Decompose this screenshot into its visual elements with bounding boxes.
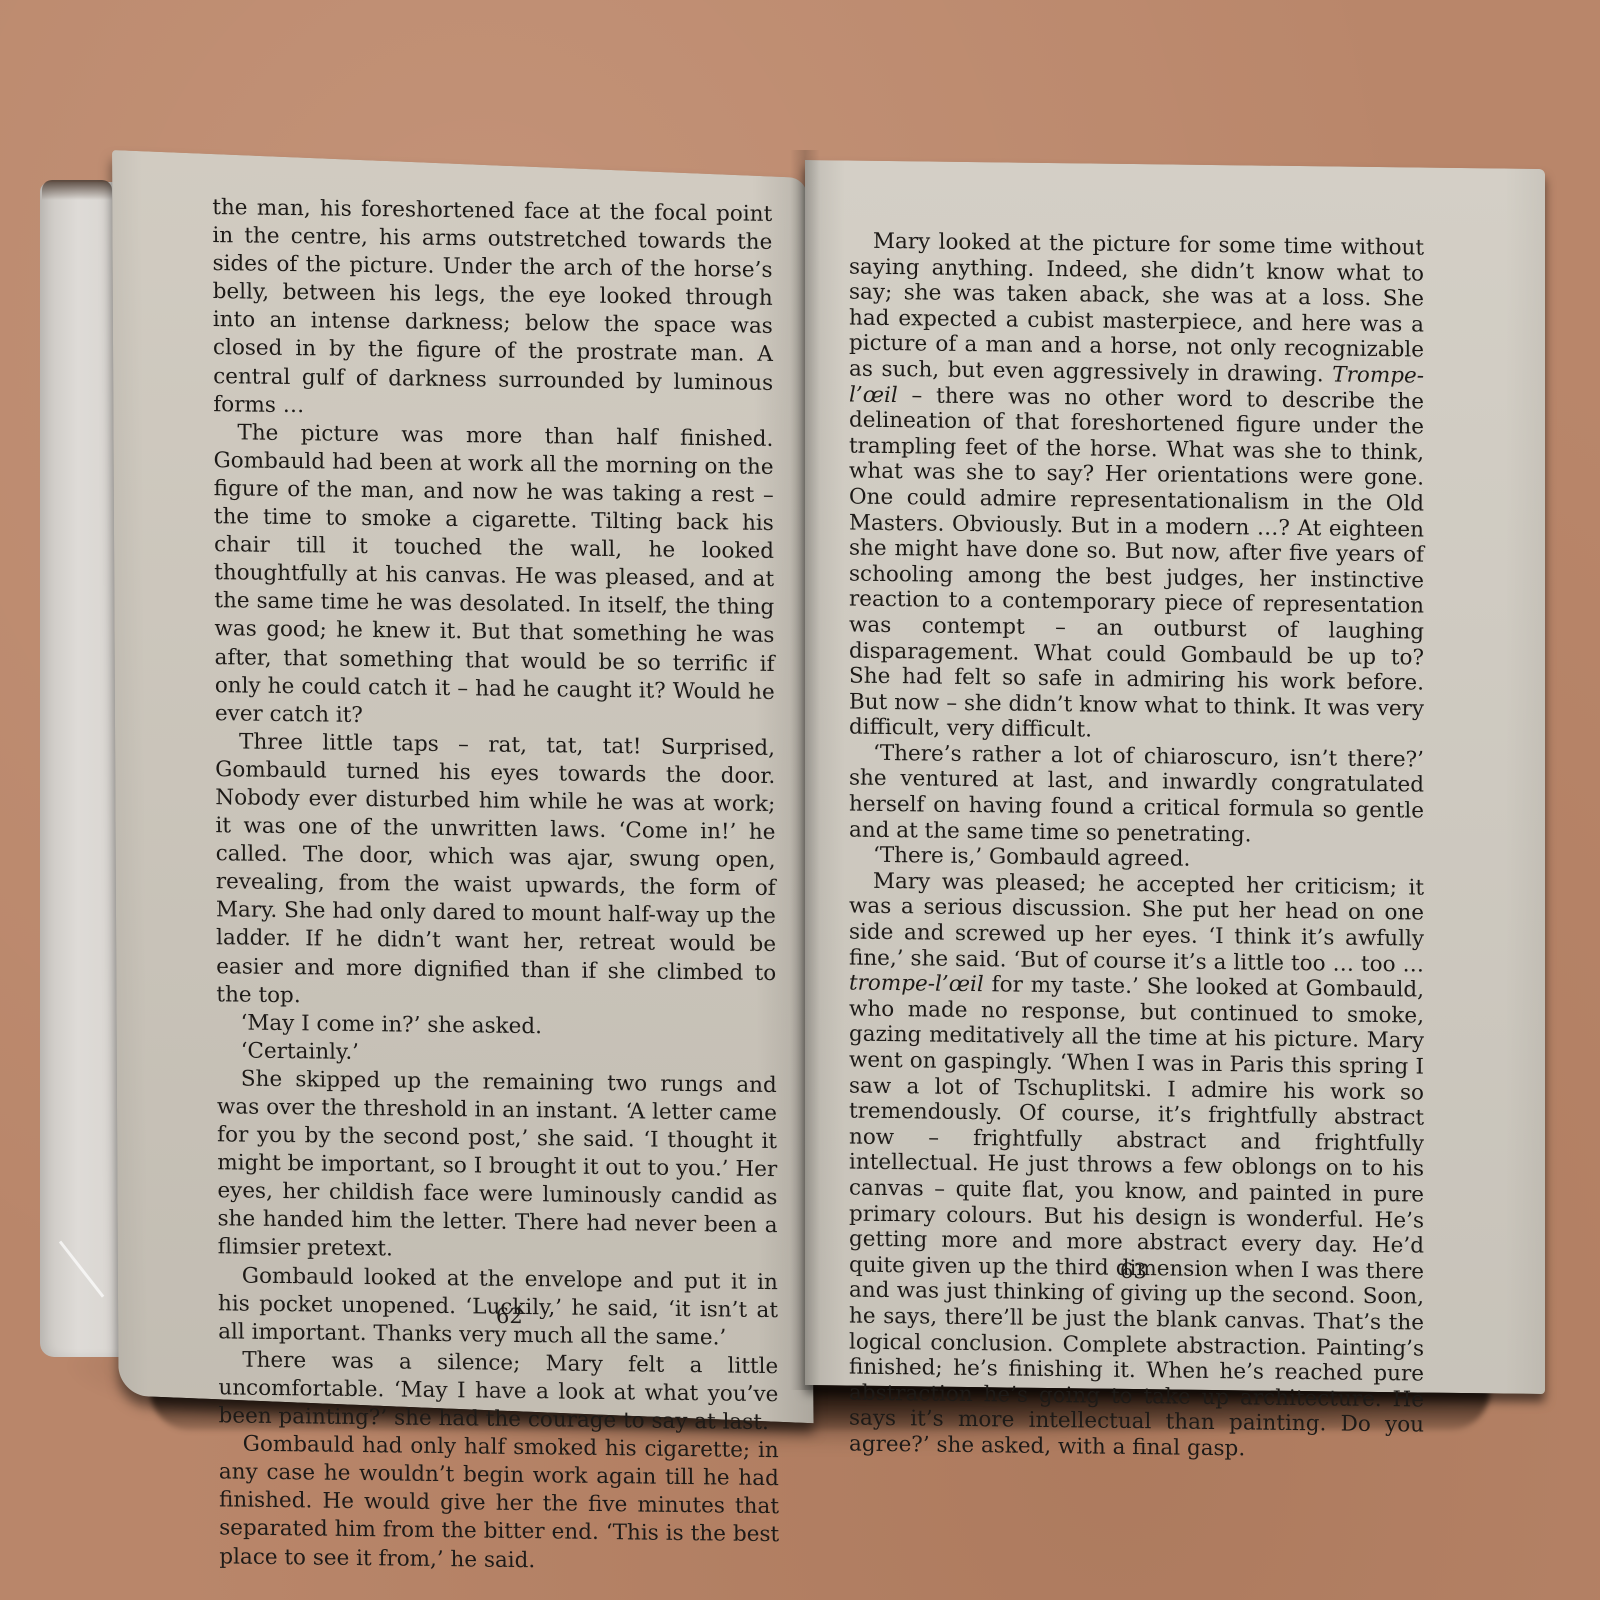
left-page-text: the man, his foreshortened face at the f… <box>212 194 779 1578</box>
paragraph: the man, his foreshortened face at the f… <box>212 194 773 426</box>
paragraph: Three little taps – rat, tat, tat! Surpr… <box>215 728 776 1016</box>
italic-phrase: trompe-l’œil <box>849 971 984 998</box>
paragraph: Gombauld had only half smoked his cigare… <box>219 1430 780 1577</box>
paragraph: ‘There’s rather a lot of chiaroscuro, is… <box>849 740 1424 849</box>
left-page: the man, his foreshortened face at the f… <box>112 150 814 1423</box>
photo-scene: the man, his foreshortened face at the f… <box>0 0 1600 1600</box>
page-number: 63 <box>1120 1259 1147 1283</box>
paragraph: There was a silence; Mary felt a little … <box>218 1346 778 1437</box>
paragraph: Mary was pleased; he accepted her critic… <box>849 868 1424 1464</box>
cover-edge-shadow <box>42 180 112 200</box>
paragraph: She skipped up the remaining two rungs a… <box>217 1065 778 1269</box>
paragraph: The picture was more than half finished.… <box>213 419 775 735</box>
page-number: 62 <box>496 1304 523 1328</box>
right-page: Mary looked at the picture for some time… <box>805 160 1545 1394</box>
paragraph: Mary looked at the picture for some time… <box>849 229 1424 748</box>
